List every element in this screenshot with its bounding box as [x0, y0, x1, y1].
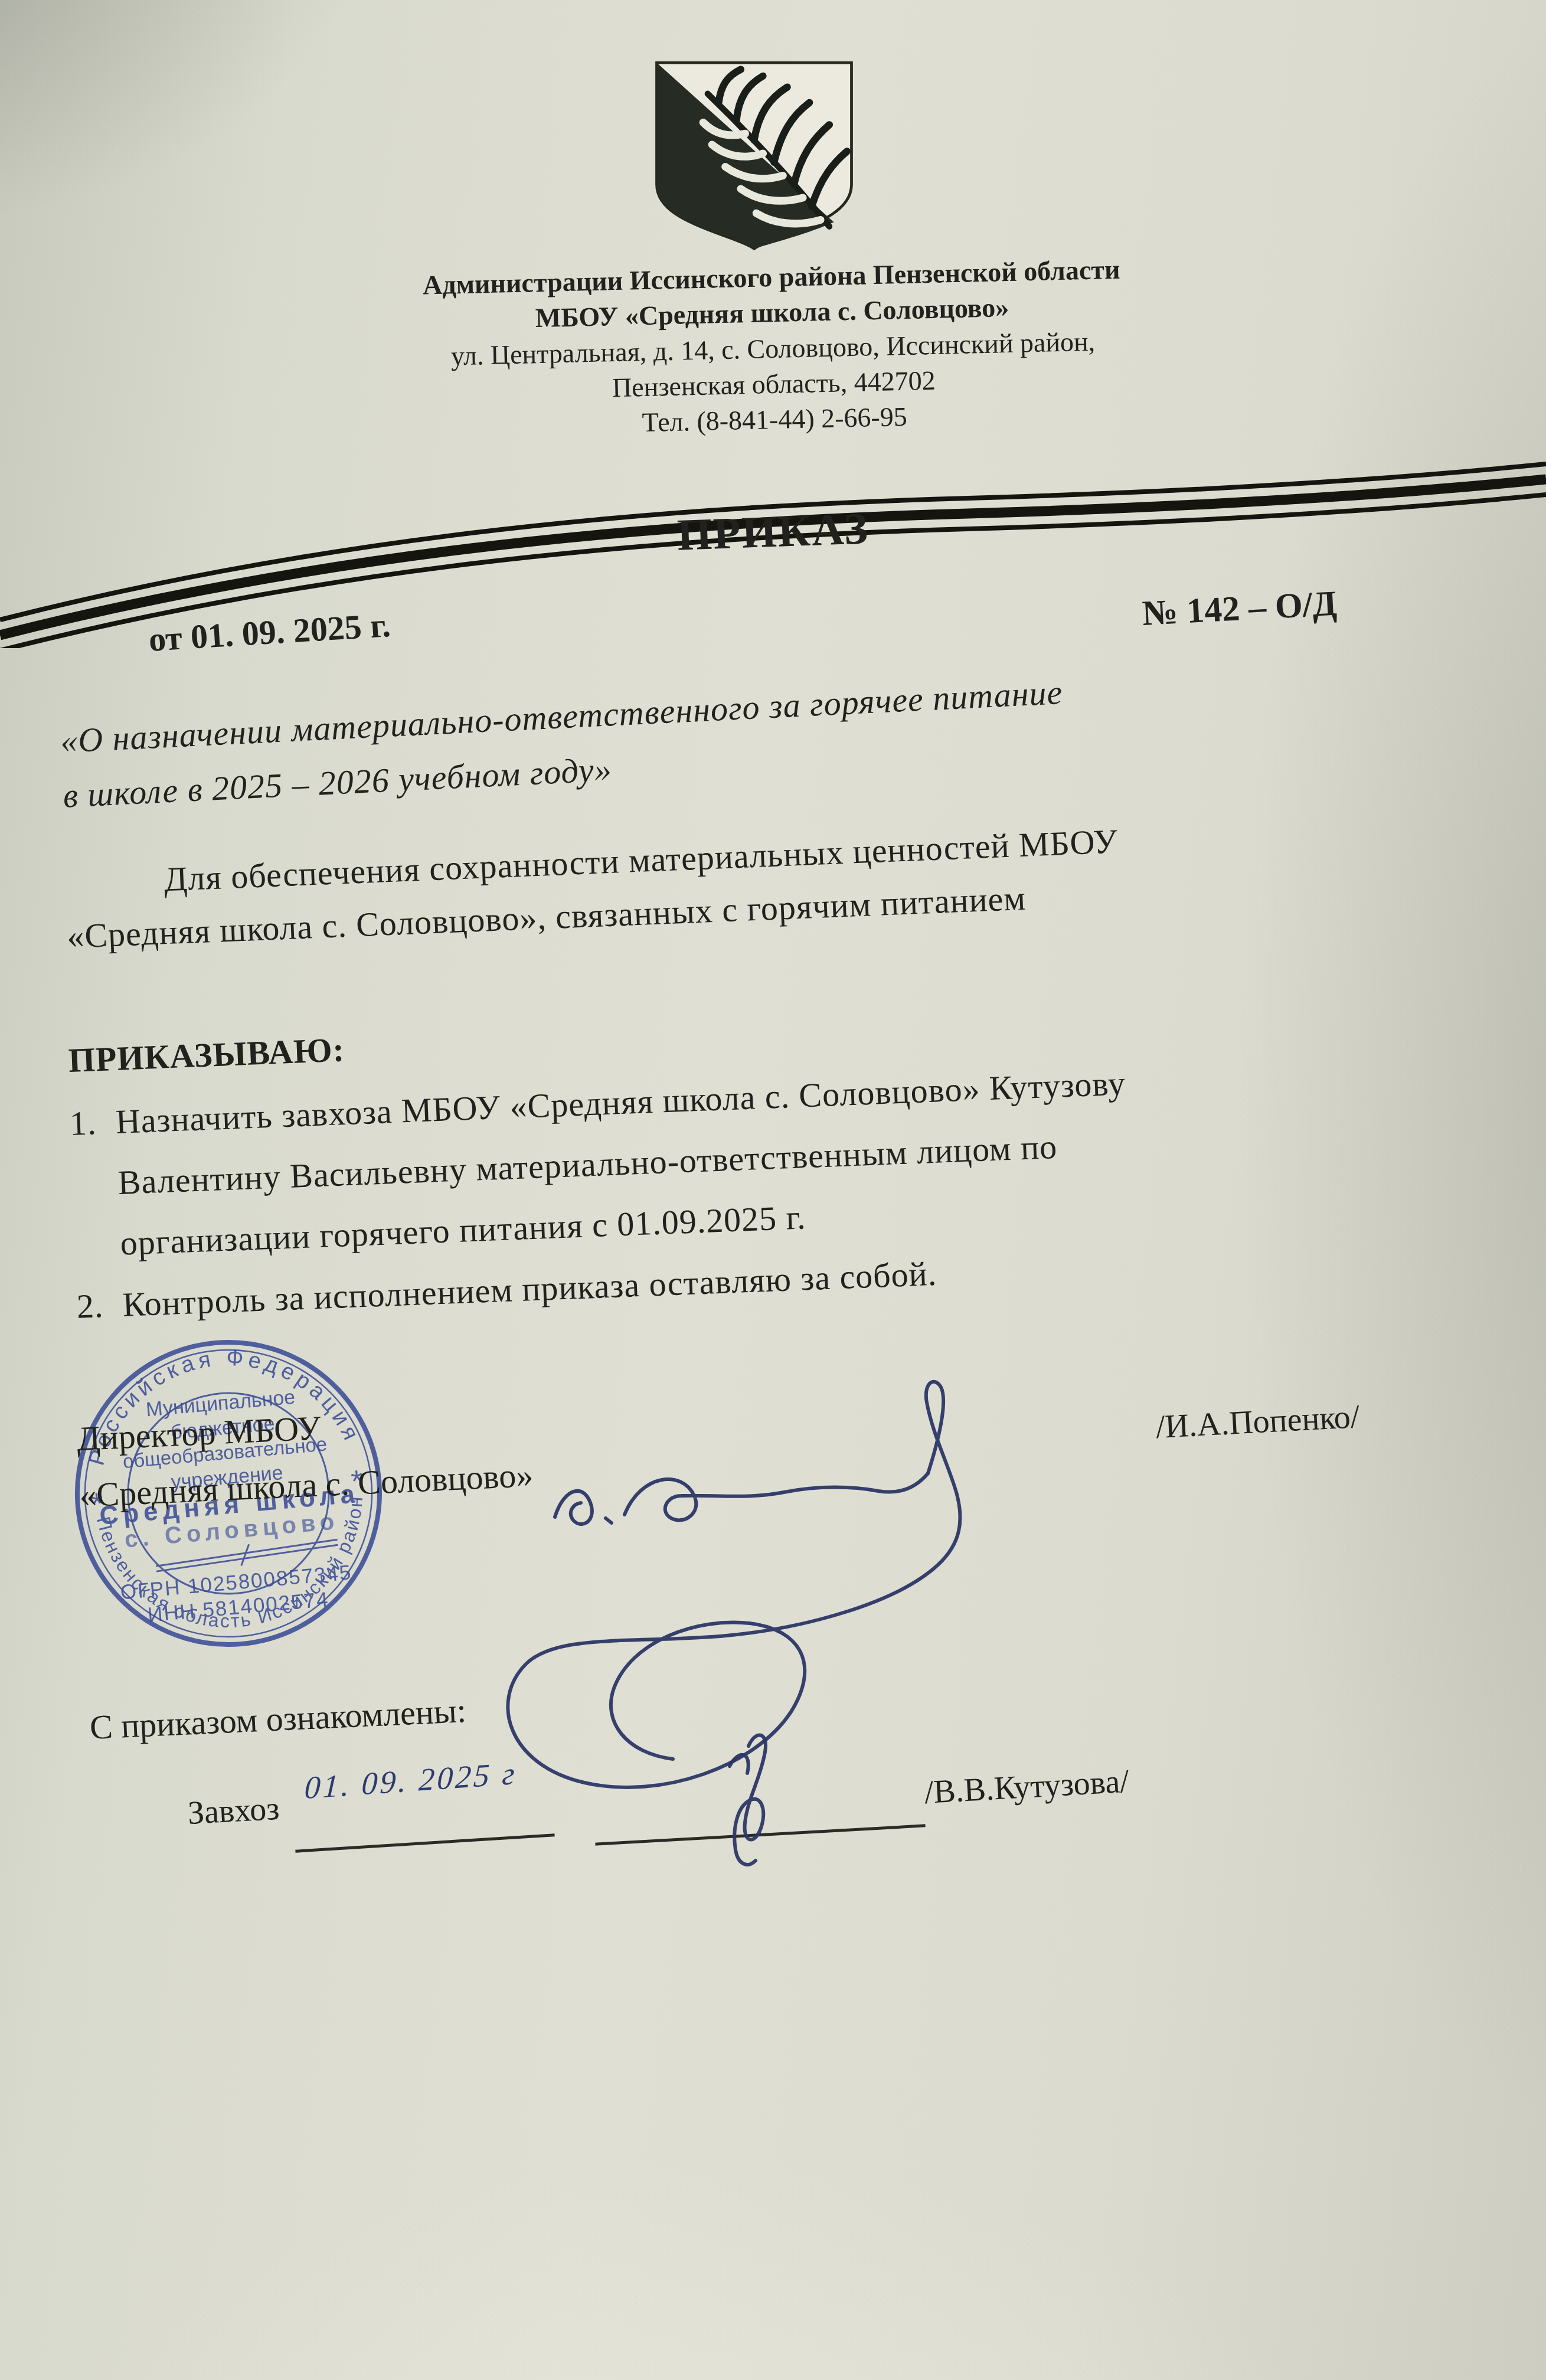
- decree-word: ПРИКАЗЫВАЮ:: [68, 1029, 346, 1080]
- item-number: 1.: [68, 1091, 117, 1154]
- order-items: 1. Назначить завхоза МБОУ «Средняя школа…: [68, 1041, 1452, 1337]
- scanned-document-page: Администрации Иссинского района Пензенск…: [0, 0, 1546, 2380]
- letterhead: Администрации Иссинского района Пензенск…: [0, 242, 1546, 455]
- item-number: 2.: [76, 1274, 124, 1336]
- zavhoz-label: Завхоз: [187, 1790, 280, 1832]
- order-subject: «О назначении материально-ответственного…: [59, 665, 1067, 823]
- item-text: Назначить завхоза МБОУ «Средняя школа с.…: [115, 1052, 1132, 1274]
- order-preamble: Для обеспечения сохранности материальных…: [64, 815, 1122, 963]
- zavhoz-signature: [660, 1728, 802, 1876]
- date-underline: [295, 1833, 554, 1853]
- director-name: /И.А.Попенко/: [1155, 1398, 1360, 1446]
- coat-of-arms-icon: [643, 53, 865, 254]
